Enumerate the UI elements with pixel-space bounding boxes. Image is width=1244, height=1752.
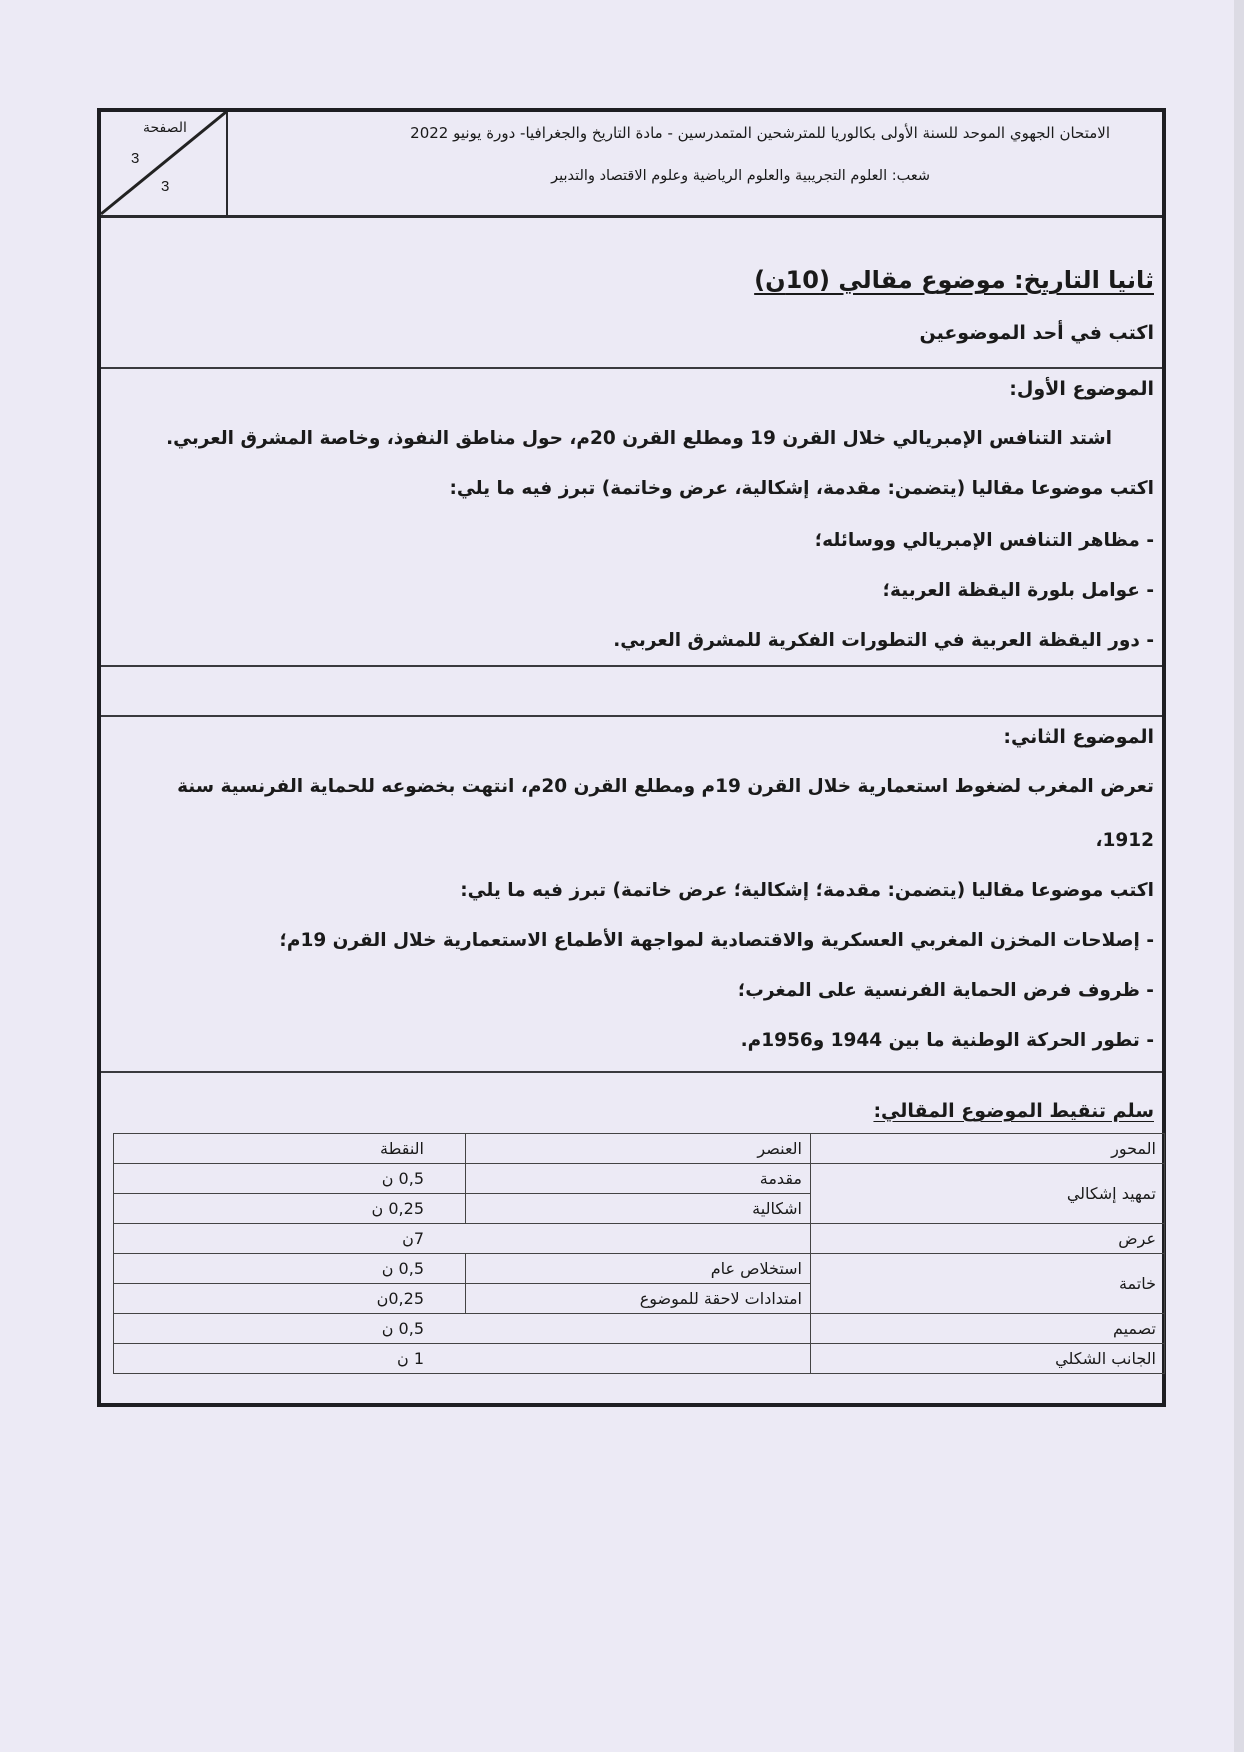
topic2-context: تعرض المغرب لضغوط استعمارية خلال القرن 1… [177, 776, 1154, 797]
topic2-bullet: - إصلاحات المخزن المغربي العسكرية والاقت… [280, 930, 1155, 951]
exam-title: الامتحان الجهوي الموحد للسنة الأولى بكال… [410, 124, 1110, 142]
element-cell: مقدمة [466, 1164, 811, 1194]
points-cell: 0,5 ن [114, 1254, 466, 1284]
header-points: النقطة [114, 1134, 466, 1164]
table-row: تمهيد إشكالي مقدمة 0,5 ن [114, 1164, 1165, 1194]
scan-edge [1234, 0, 1244, 1752]
exam-streams: شعب: العلوم التجريبية والعلوم الرياضية و… [551, 168, 930, 184]
axis-cell: الجانب الشكلي [811, 1344, 1165, 1374]
points-cell: 1 ن [114, 1344, 811, 1374]
points-cell: 7ن [114, 1224, 811, 1254]
table-header-row: المحور العنصر النقطة [114, 1134, 1165, 1164]
element-cell: امتدادات لاحقة للموضوع [466, 1284, 811, 1314]
table-row: عرض 7ن [114, 1224, 1165, 1254]
grading-table: المحور العنصر النقطة تمهيد إشكالي مقدمة … [113, 1133, 1165, 1374]
header-divider [101, 215, 1162, 218]
element-cell: اشكالية [466, 1194, 811, 1224]
topic1-task: اكتب موضوعا مقاليا (يتضمن: مقدمة، إشكالي… [449, 478, 1154, 499]
divider [101, 367, 1162, 369]
section-instruction: اكتب في أحد الموضوعين [919, 322, 1154, 344]
points-cell: 0,25 ن [114, 1194, 466, 1224]
divider [101, 1071, 1162, 1073]
topic2-heading: الموضوع الثاني: [1003, 726, 1154, 748]
topic1-bullet: - مظاهر التنافس الإمبريالي ووسائله؛ [815, 530, 1154, 551]
page-number-box: الصفحة 3 3 [101, 112, 228, 216]
axis-cell: خاتمة [811, 1254, 1165, 1314]
topic2-task: اكتب موضوعا مقاليا (يتضمن: مقدمة؛ إشكالي… [460, 880, 1154, 901]
points-cell: 0,25ن [114, 1284, 466, 1314]
table-row: خاتمة استخلاص عام 0,5 ن [114, 1254, 1165, 1284]
topic1-context: اشتد التنافس الإمبريالي خلال القرن 19 وم… [166, 428, 1112, 449]
table-row: الجانب الشكلي 1 ن [114, 1344, 1165, 1374]
header-axis: المحور [811, 1134, 1165, 1164]
topic1-bullet: - دور اليقظة العربية في التطورات الفكرية… [613, 630, 1154, 651]
page-total: 3 [161, 178, 169, 195]
header-element: العنصر [466, 1134, 811, 1164]
exam-page-frame: الصفحة 3 3 الامتحان الجهوي الموحد للسنة … [97, 108, 1166, 1407]
axis-cell: تصميم [811, 1314, 1165, 1344]
grading-title: سلم تنقيط الموضوع المقالي: [873, 1100, 1154, 1122]
section-title: ثانيا التاريخ: موضوع مقالي (10ن) [754, 266, 1154, 294]
table-row: تصميم 0,5 ن [114, 1314, 1165, 1344]
divider [101, 715, 1162, 717]
points-cell: 0,5 ن [114, 1314, 811, 1344]
points-cell: 0,5 ن [114, 1164, 466, 1194]
page-current: 3 [131, 150, 139, 167]
topic2-bullet: - تطور الحركة الوطنية ما بين 1944 و1956م… [741, 1030, 1154, 1051]
topic1-bullet: - عوامل بلورة اليقظة العربية؛ [883, 580, 1154, 601]
page-label: الصفحة [143, 120, 187, 136]
axis-cell: عرض [811, 1224, 1165, 1254]
topic2-bullet: - ظروف فرض الحماية الفرنسية على المغرب؛ [738, 980, 1154, 1001]
divider [101, 665, 1162, 667]
element-cell: استخلاص عام [466, 1254, 811, 1284]
topic2-context-cont: 1912، [1095, 830, 1154, 851]
topic1-heading: الموضوع الأول: [1009, 378, 1154, 400]
axis-cell: تمهيد إشكالي [811, 1164, 1165, 1224]
